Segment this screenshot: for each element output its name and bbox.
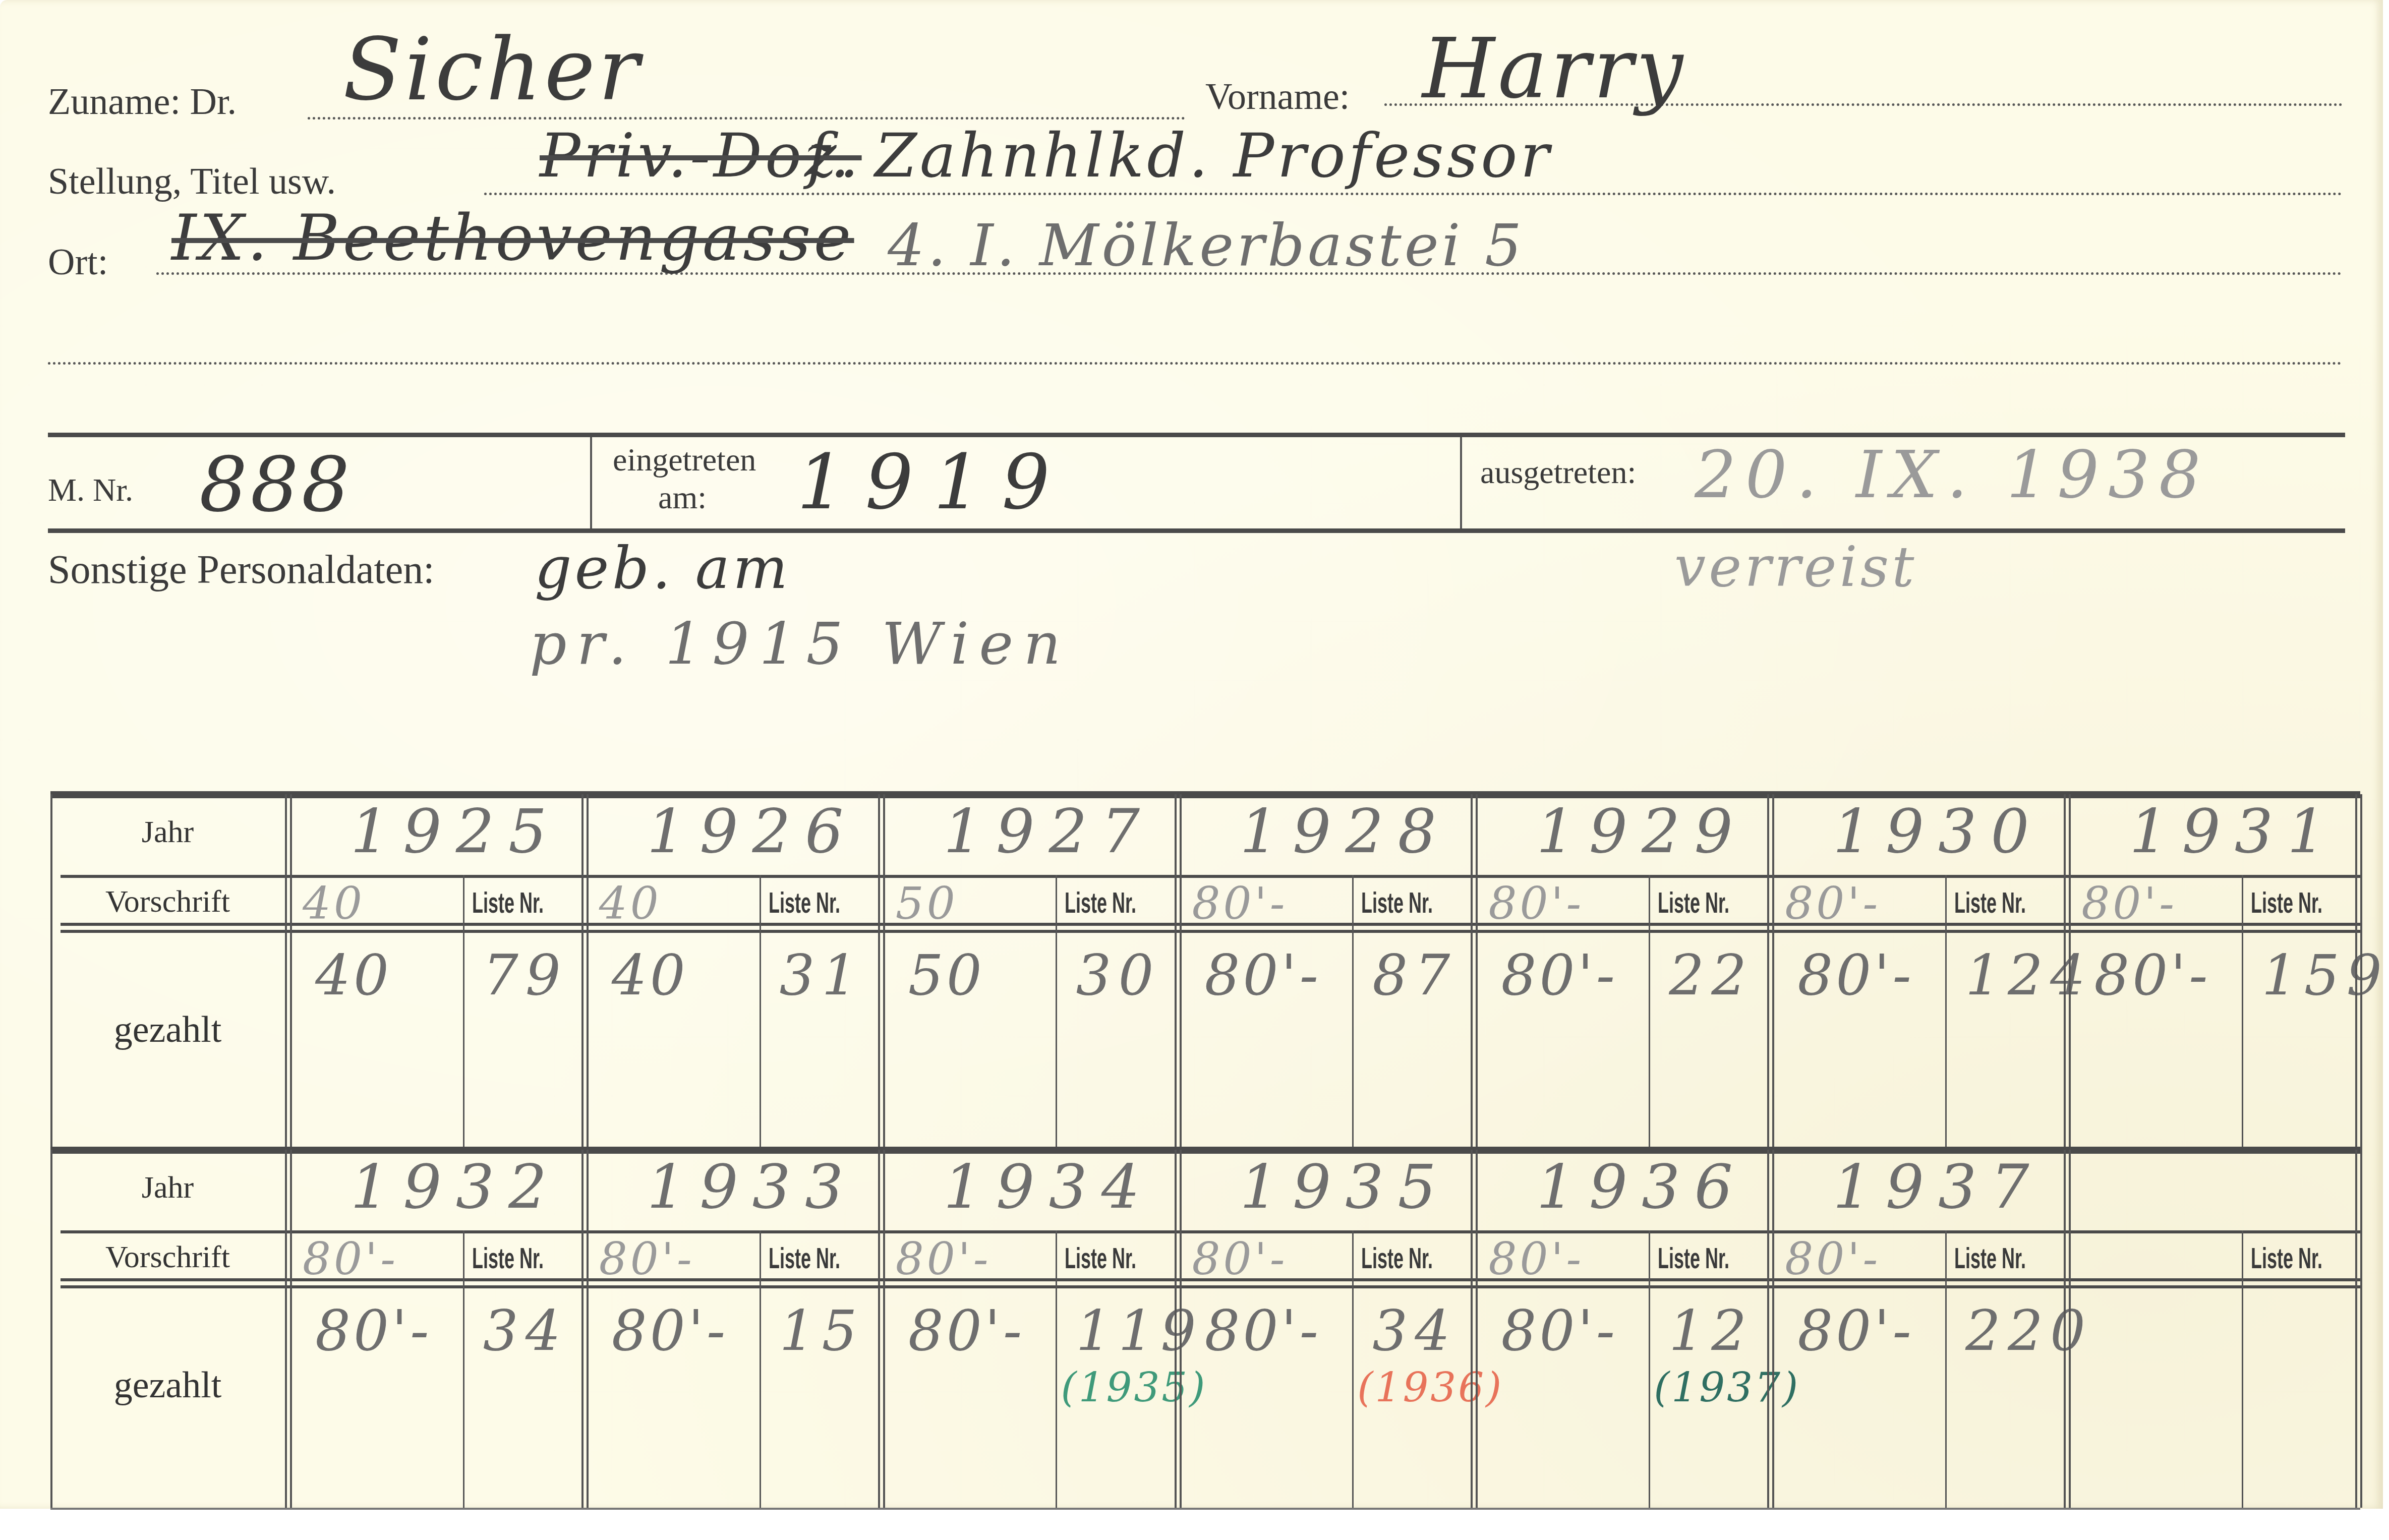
list-no-column-divider xyxy=(1945,875,1947,1152)
year-value: 1937 xyxy=(1833,1152,2043,1222)
year-value: 1929 xyxy=(1536,797,1746,867)
left-value: 20. IX. 1938 xyxy=(1695,436,2209,513)
year-column-divider xyxy=(581,1150,584,1508)
year-value: 1925 xyxy=(351,797,561,867)
surname-label: Zuname: Dr. xyxy=(48,81,237,124)
required-amount: 40 xyxy=(599,877,662,929)
list-no-label: Liste Nr. xyxy=(1658,886,1729,920)
paid-amount: 80'- xyxy=(1205,943,1321,1008)
required-amount: 50 xyxy=(896,877,958,929)
table-right-border xyxy=(2355,1150,2357,1508)
membership-divider-1 xyxy=(590,437,592,528)
table-right-border xyxy=(2355,794,2357,1152)
year-column-divider-double xyxy=(1476,1150,1478,1508)
list-no-value: 119 xyxy=(1076,1298,1203,1363)
row-label-required: Vorschrift xyxy=(50,884,285,920)
list-no-value: 159 xyxy=(2262,943,2389,1008)
list-no-value: 15 xyxy=(780,1298,864,1363)
paid-amount: 40 xyxy=(612,943,688,1008)
required-amount: 80'- xyxy=(1192,877,1288,929)
table-required-rule-double xyxy=(61,1285,2360,1288)
list-no-column-divider xyxy=(1352,875,1354,1152)
year-column-divider xyxy=(285,1150,287,1508)
list-no-value: 79 xyxy=(483,943,568,1008)
list-no-label: Liste Nr. xyxy=(1361,886,1433,920)
list-no-column-divider xyxy=(1945,1230,1947,1508)
list-no-label: Liste Nr. xyxy=(1065,886,1136,920)
list-no-label: Liste Nr. xyxy=(769,1241,840,1275)
table-bottom-edge xyxy=(50,1508,2360,1510)
year-column-divider-double xyxy=(2069,794,2071,1152)
personal-data-label: Sonstige Personaldaten: xyxy=(48,547,435,593)
list-no-column-divider xyxy=(1649,875,1650,1152)
year-column-divider-double xyxy=(883,1150,885,1508)
list-no-label: Liste Nr. xyxy=(1658,1241,1729,1275)
list-no-note: (1937) xyxy=(1654,1364,1800,1411)
year-column-divider-double xyxy=(587,794,589,1152)
paid-amount: 80'- xyxy=(612,1298,728,1363)
paid-amount: 80'- xyxy=(315,1298,432,1363)
joined-label-line2: am: xyxy=(658,482,707,514)
personal-data-line2: pr. 1915 Wien xyxy=(530,610,1071,678)
personal-data-line1: geb. am xyxy=(535,535,791,602)
list-no-label: Liste Nr. xyxy=(1065,1241,1136,1275)
year-column-divider-double xyxy=(2069,1150,2071,1508)
membership-bottom-rule xyxy=(48,528,2345,533)
required-amount: 80'- xyxy=(303,1233,398,1285)
list-no-label: Liste Nr. xyxy=(2251,1241,2322,1275)
year-column-divider xyxy=(2064,794,2066,1152)
list-no-label: Liste Nr. xyxy=(1954,886,2026,920)
year-value: 1936 xyxy=(1536,1152,1746,1222)
table-right-border-double xyxy=(2360,1150,2362,1508)
required-amount: 80'- xyxy=(1488,1233,1584,1285)
paid-amount: 80'- xyxy=(1501,1298,1617,1363)
paid-amount: 80'- xyxy=(1797,943,1914,1008)
list-no-column-divider xyxy=(1649,1230,1650,1508)
position-label: Stellung, Titel usw. xyxy=(48,160,336,203)
year-column-divider-double xyxy=(290,794,292,1152)
table-right-border-double xyxy=(2360,794,2362,1152)
required-amount: 80'- xyxy=(1488,877,1584,929)
row-label-year: Jahr xyxy=(50,814,285,850)
year-column-divider xyxy=(581,794,584,1152)
firstname-value: Harry xyxy=(1422,20,1686,117)
list-no-value: 22 xyxy=(1669,943,1754,1008)
required-amount: 80'- xyxy=(1785,877,1881,929)
member-no-label: M. Nr. xyxy=(48,471,133,509)
list-no-value: 87 xyxy=(1372,943,1457,1008)
firstname-label: Vorname: xyxy=(1205,76,1350,119)
year-value: 1934 xyxy=(944,1152,1154,1222)
required-amount: 40 xyxy=(303,877,365,929)
row-label-year: Jahr xyxy=(50,1170,285,1206)
year-value: 1928 xyxy=(1240,797,1450,867)
paid-amount: 80'- xyxy=(1501,943,1617,1008)
list-no-label: Liste Nr. xyxy=(1954,1241,2026,1275)
year-column-divider-double xyxy=(883,794,885,1152)
surname-value: Sicher xyxy=(343,20,642,120)
year-column-divider xyxy=(1767,794,1769,1152)
year-value: 1930 xyxy=(1833,797,2043,867)
year-value: 1932 xyxy=(351,1152,561,1222)
year-column-divider xyxy=(285,794,287,1152)
list-no-label: Liste Nr. xyxy=(472,1241,544,1275)
list-no-label: Liste Nr. xyxy=(769,886,840,920)
left-label: ausgetreten: xyxy=(1480,454,1636,491)
position-dotted-line xyxy=(484,193,2343,195)
table-required-rule-double xyxy=(61,930,2360,933)
year-column-divider xyxy=(1175,1150,1177,1508)
membership-divider-2 xyxy=(1460,437,1462,528)
year-column-divider xyxy=(1175,794,1177,1152)
joined-value: 1919 xyxy=(797,439,1070,526)
row-label-paid: gezahlt xyxy=(50,1364,285,1407)
year-column-divider xyxy=(878,794,880,1152)
paid-amount: 40 xyxy=(315,943,392,1008)
year-column-divider xyxy=(878,1150,880,1508)
year-column-divider xyxy=(2064,1150,2066,1508)
list-no-value: 31 xyxy=(780,943,864,1008)
list-no-value: 220 xyxy=(1965,1298,2092,1363)
list-no-note: (1936) xyxy=(1357,1364,1503,1411)
location-value: 4. I. Mölkerbastei 5 xyxy=(888,212,1525,279)
year-column-divider-double xyxy=(1772,794,1774,1152)
year-column-divider-double xyxy=(1180,794,1182,1152)
paid-amount: 80'- xyxy=(1205,1298,1321,1363)
list-no-label: Liste Nr. xyxy=(2251,886,2322,920)
year-value: 1926 xyxy=(647,797,857,867)
list-no-column-divider xyxy=(2242,1230,2243,1508)
paid-amount: 80'- xyxy=(908,1298,1025,1363)
required-amount: 80'- xyxy=(2081,877,2177,929)
list-no-value: 34 xyxy=(483,1298,568,1363)
index-card: Zuname: Dr. Sicher Vorname: Harry Stellu… xyxy=(0,0,2383,1509)
paid-amount: 80'- xyxy=(2094,943,2210,1008)
required-amount: 80'- xyxy=(599,1233,695,1285)
year-column-divider xyxy=(1471,794,1473,1152)
year-value: 1933 xyxy=(647,1152,857,1222)
year-column-divider-double xyxy=(290,1150,292,1508)
year-column-divider-double xyxy=(1476,794,1478,1152)
year-column-divider xyxy=(1471,1150,1473,1508)
row-label-paid: gezahlt xyxy=(50,1009,285,1051)
year-column-divider xyxy=(1767,1150,1769,1508)
list-no-label: Liste Nr. xyxy=(472,886,544,920)
required-amount: 80'- xyxy=(1785,1233,1881,1285)
joined-label-line1: eingetreten xyxy=(613,444,756,476)
list-no-column-divider xyxy=(2242,875,2243,1152)
list-no-column-divider xyxy=(1056,1230,1057,1508)
position-value: f. Zahnhlkd. Professor xyxy=(807,121,1552,191)
list-no-column-divider xyxy=(463,1230,464,1508)
list-no-value: 30 xyxy=(1076,943,1160,1008)
year-value: 1927 xyxy=(944,797,1154,867)
extra-dotted-line xyxy=(48,362,2343,365)
list-no-note: (1935) xyxy=(1061,1364,1207,1411)
year-value: 1931 xyxy=(2129,797,2340,867)
required-amount: 80'- xyxy=(896,1233,992,1285)
year-column-divider-double xyxy=(1180,1150,1182,1508)
list-no-column-divider xyxy=(463,875,464,1152)
list-no-column-divider xyxy=(1056,875,1057,1152)
list-no-value: 12 xyxy=(1669,1298,1754,1363)
member-no-value: 888 xyxy=(199,441,353,529)
list-no-column-divider xyxy=(1352,1230,1354,1508)
year-column-divider-double xyxy=(1772,1150,1774,1508)
list-no-column-divider xyxy=(760,875,761,1152)
year-column-divider-double xyxy=(587,1150,589,1508)
list-no-value: 34 xyxy=(1372,1298,1457,1363)
paid-amount: 50 xyxy=(908,943,985,1008)
location-label: Ort: xyxy=(48,241,108,284)
left-note: verreist xyxy=(1674,535,1917,599)
location-struck-value: IX. Beethovengasse xyxy=(171,202,854,275)
paid-amount: 80'- xyxy=(1797,1298,1914,1363)
row-label-required: Vorschrift xyxy=(50,1239,285,1275)
list-no-column-divider xyxy=(760,1230,761,1508)
year-value: 1935 xyxy=(1240,1152,1450,1222)
list-no-label: Liste Nr. xyxy=(1361,1241,1433,1275)
list-no-value: 124 xyxy=(1965,943,2092,1008)
required-amount: 80'- xyxy=(1192,1233,1288,1285)
